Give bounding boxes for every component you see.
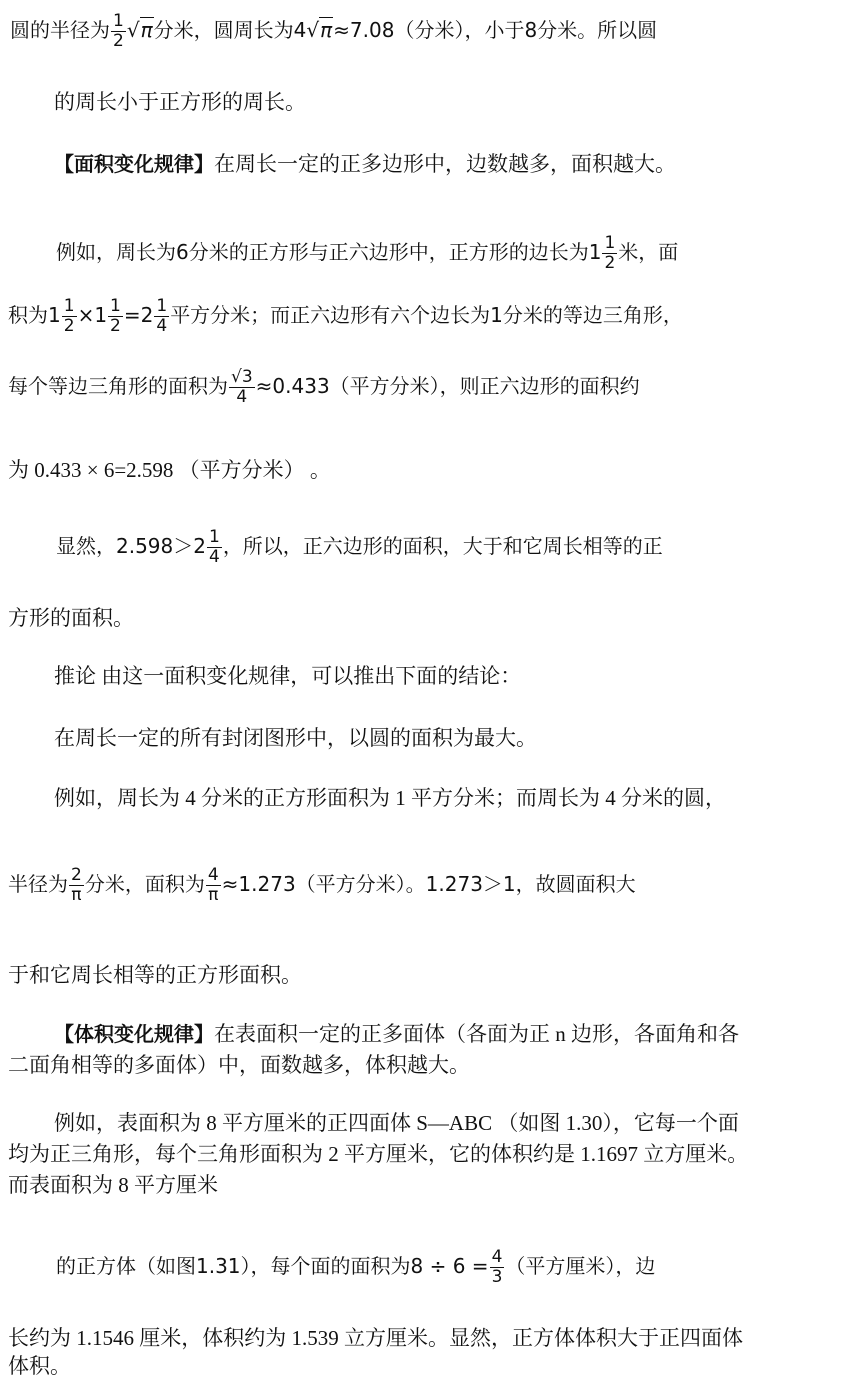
corollary-line: 推论 由这一面积变化规律，可以推出下面的结论： [54,662,521,690]
numerator: 1 [207,528,222,548]
text: 例如，周长为6分米的正方形与正六边形中，正方形的边长为1 [56,240,601,264]
denominator: 2 [62,317,77,336]
text: 的正方体（如图1.31），每个面的面积为8 ÷ 6 = [56,1254,489,1278]
fraction: 12 [108,297,123,336]
paragraph-line: 半径为2π分米，面积为4π≈1.273（平方分米）。1.273＞1，故圆面积大 [8,866,636,905]
fraction-2-over-pi: 2π [69,866,84,905]
fraction: 14 [207,528,222,567]
fraction-sqrt3-over-4: √34 [229,368,255,407]
denominator: 3 [490,1268,505,1287]
sqrt-sign: √ [306,18,319,42]
paragraph-line: 于和它周长相等的正方形面积。 [8,961,302,989]
fraction-half: 12 [111,12,126,51]
text: 积为1 [8,303,61,327]
paragraph-line: 例如，周长为 4 分米的正方形面积为 1 平方分米；而周长为 4 分米的圆， [54,784,726,812]
paragraph-line: 的正方体（如图1.31），每个面的面积为8 ÷ 6 =43（平方厘米），边 [56,1248,655,1287]
sqrt-pi: √π [306,16,333,44]
area-rule-paragraph: 【面积变化规律】在周长一定的正多边形中，边数越多，面积越大。 [54,150,676,178]
text: 显然，2.598＞2 [56,534,206,558]
text: ，所以，正六边形的面积，大于和它周长相等的正 [223,534,663,558]
text: 每个等边三角形的面积为 [8,374,228,398]
numerator: 1 [111,12,126,32]
text: ≈0.433（平方分米），则正六边形的面积约 [256,374,640,398]
paragraph-line: 显然，2.598＞214，所以，正六边形的面积，大于和它周长相等的正 [56,528,663,567]
numerator: 1 [154,297,169,317]
fraction: 12 [62,297,77,336]
text: 在表面积一定的正多面体（各面为正 n 边形，各面角和各 [214,1022,739,1046]
fraction-4-over-pi: 4π [206,866,221,905]
sqrt-pi: √π [127,16,154,44]
text: 平方分米；而正六边形有六个边长为1分米的等边三角形， [170,303,683,327]
sqrt-sign: √ [127,18,140,42]
paragraph-line: 在周长一定的所有封闭图形中，以圆的面积为最大。 [54,724,537,752]
text: ≈7.08（分米），小于8分米。所以圆 [333,18,657,42]
numerator: √3 [229,368,255,388]
volume-rule-heading: 【体积变化规律】 [54,1022,214,1046]
paragraph-line-circle-radius: 圆的半径为12√π分米，圆周长为4√π≈7.08（分米），小于8分米。所以圆 [10,12,657,51]
text: （平方厘米），边 [505,1254,655,1278]
fraction: 14 [154,297,169,336]
denominator: 2 [602,254,617,273]
radicand: π [319,17,333,42]
numerator: 4 [206,866,221,886]
fraction: 12 [602,234,617,273]
text: 圆的半径为 [10,18,110,42]
paragraph-line: 为 0.433 × 6=2.598 （平方分米） 。 [8,456,331,484]
denominator: 4 [154,317,169,336]
paragraph-line: 体积。 [8,1352,71,1380]
paragraph-line: 积为112×112=214平方分米；而正六边形有六个边长为1分米的等边三角形， [8,297,683,336]
volume-rule-paragraph: 【体积变化规律】在表面积一定的正多面体（各面为正 n 边形，各面角和各 [54,1020,739,1048]
area-rule-heading: 【面积变化规律】 [54,152,214,176]
text: ≈1.273（平方分米）。1.273＞1，故圆面积大 [222,872,636,896]
numerator: 1 [62,297,77,317]
denominator: π [69,886,84,905]
text: 在周长一定的正多边形中，边数越多，面积越大。 [214,152,676,176]
text: =2 [124,303,153,327]
paragraph-line: 均为正三角形，每个三角形面积为 2 平方厘米，它的体积约是 1.1697 立方厘… [8,1140,748,1168]
numerator: 1 [602,234,617,254]
paragraph-line: 长约为 1.1546 厘米，体积约为 1.539 立方厘米。显然，正方体体积大于… [8,1324,743,1352]
paragraph-line: 例如，周长为6分米的正方形与正六边形中，正方形的边长为112米，面 [56,234,678,273]
text: 半径为 [8,872,68,896]
denominator: 2 [108,317,123,336]
text: 米，面 [618,240,678,264]
text: ×1 [78,303,107,327]
paragraph-line: 例如，表面积为 8 平方厘米的正四面体 S—ABC （如图 1.30），它每一个… [54,1109,739,1137]
paragraph-line: 方形的面积。 [8,604,134,632]
denominator: 2 [111,32,126,51]
denominator: π [206,886,221,905]
paragraph-line: 二面角相等的多面体）中，面数越多，体积越大。 [8,1051,470,1079]
text: 分米，圆周长为4 [154,18,307,42]
paragraph-line: 每个等边三角形的面积为√34≈0.433（平方分米），则正六边形的面积约 [8,368,640,407]
numerator: 4 [490,1248,505,1268]
denominator: 4 [229,388,255,407]
denominator: 4 [207,548,222,567]
numerator: 1 [108,297,123,317]
text: 分米，面积为 [85,872,205,896]
numerator: 2 [69,866,84,886]
fraction-4-over-3: 43 [490,1248,505,1287]
radicand: π [140,17,154,42]
paragraph-line: 而表面积为 8 平方厘米 [8,1171,218,1199]
paragraph-line: 的周长小于正方形的周长。 [54,88,306,116]
